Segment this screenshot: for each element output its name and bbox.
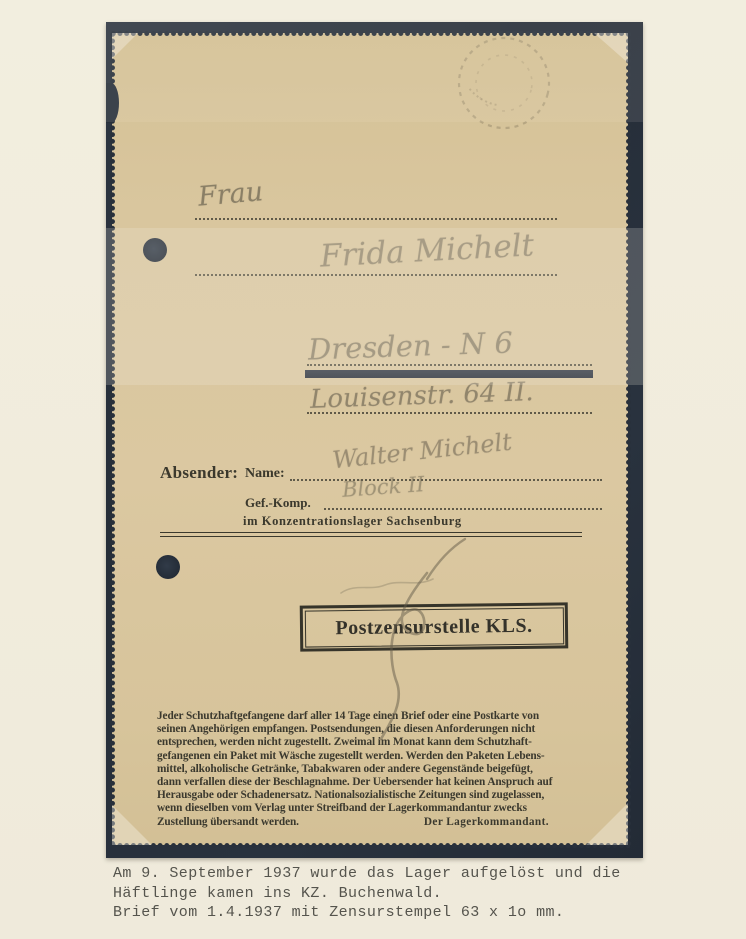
recipient-salutation-handwriting: Frau	[197, 176, 265, 213]
recipient-street-handwriting: Louisenstr. 64 II.	[310, 377, 534, 415]
sender-name-dotted-line	[290, 479, 602, 481]
sender-name-handwriting: Walter Michelt	[331, 428, 513, 475]
album-page: Frau Frida Michelt Dresden - N 6 Louisen…	[0, 0, 746, 939]
perforation-edge-right	[625, 31, 632, 847]
address-dotted-line-2	[195, 274, 557, 276]
camp-name-line: im Konzentrationslager Sachsenburg	[243, 514, 462, 529]
photo-corner-bottom-left	[112, 805, 152, 845]
regulation-line: Herausgabe oder Schadenersatz. Nationals…	[157, 789, 599, 802]
redaction-bar	[305, 370, 593, 378]
perforation-edge-bottom	[110, 842, 630, 849]
caption-line: Am 9. September 1937 wurde das Lager auf…	[113, 864, 621, 884]
punch-hole-top	[143, 238, 167, 262]
recipient-name-handwriting: Frida Michelt	[319, 227, 535, 274]
gef-komp-label: Gef.-Komp.	[245, 495, 311, 511]
regulation-line: wenn dieselben vom Verlag unter Streifba…	[157, 802, 599, 815]
album-mount: Frau Frida Michelt Dresden - N 6 Louisen…	[106, 22, 643, 858]
sender-name-label: Name:	[245, 466, 285, 482]
sender-unit-handwriting: Block II	[341, 472, 425, 502]
gef-komp-dotted-line	[324, 508, 602, 510]
regulation-line: Zustellung übersandt werden.	[157, 816, 299, 829]
absender-label: Absender:	[160, 463, 238, 483]
photo-corner-top-left	[112, 33, 138, 59]
pencil-flourish	[337, 531, 497, 746]
regulation-line: gefangenen ein Paket mit Wäsche zugestel…	[157, 750, 599, 763]
caption-line: Brief vom 1.4.1937 mit Zensurstempel 63 …	[113, 903, 621, 923]
camp-commander-signature: Der Lagerkommandant.	[424, 816, 549, 829]
postmark-icon	[441, 20, 567, 146]
edge-tear	[106, 83, 119, 123]
perforation-edge-top	[110, 30, 630, 37]
punch-hole-bottom	[156, 555, 180, 579]
perforation-edge-left	[109, 31, 116, 847]
address-dotted-line-1	[195, 218, 557, 220]
letter-card: Frau Frida Michelt Dresden - N 6 Louisen…	[112, 33, 628, 845]
regulation-line: mittel, alkoholische Getränke, Tabakware…	[157, 763, 599, 776]
collector-caption: Am 9. September 1937 wurde das Lager auf…	[113, 864, 621, 923]
recipient-city-handwriting: Dresden - N 6	[307, 325, 513, 366]
regulation-last-line: Zustellung übersandt werden. Der Lagerko…	[157, 816, 599, 829]
caption-line: Häftlinge kamen ins KZ. Buchenwald.	[113, 884, 621, 904]
regulation-line: dann verfallen diese der Beschlagnahme. …	[157, 776, 599, 789]
photo-corner-top-right	[594, 33, 628, 63]
